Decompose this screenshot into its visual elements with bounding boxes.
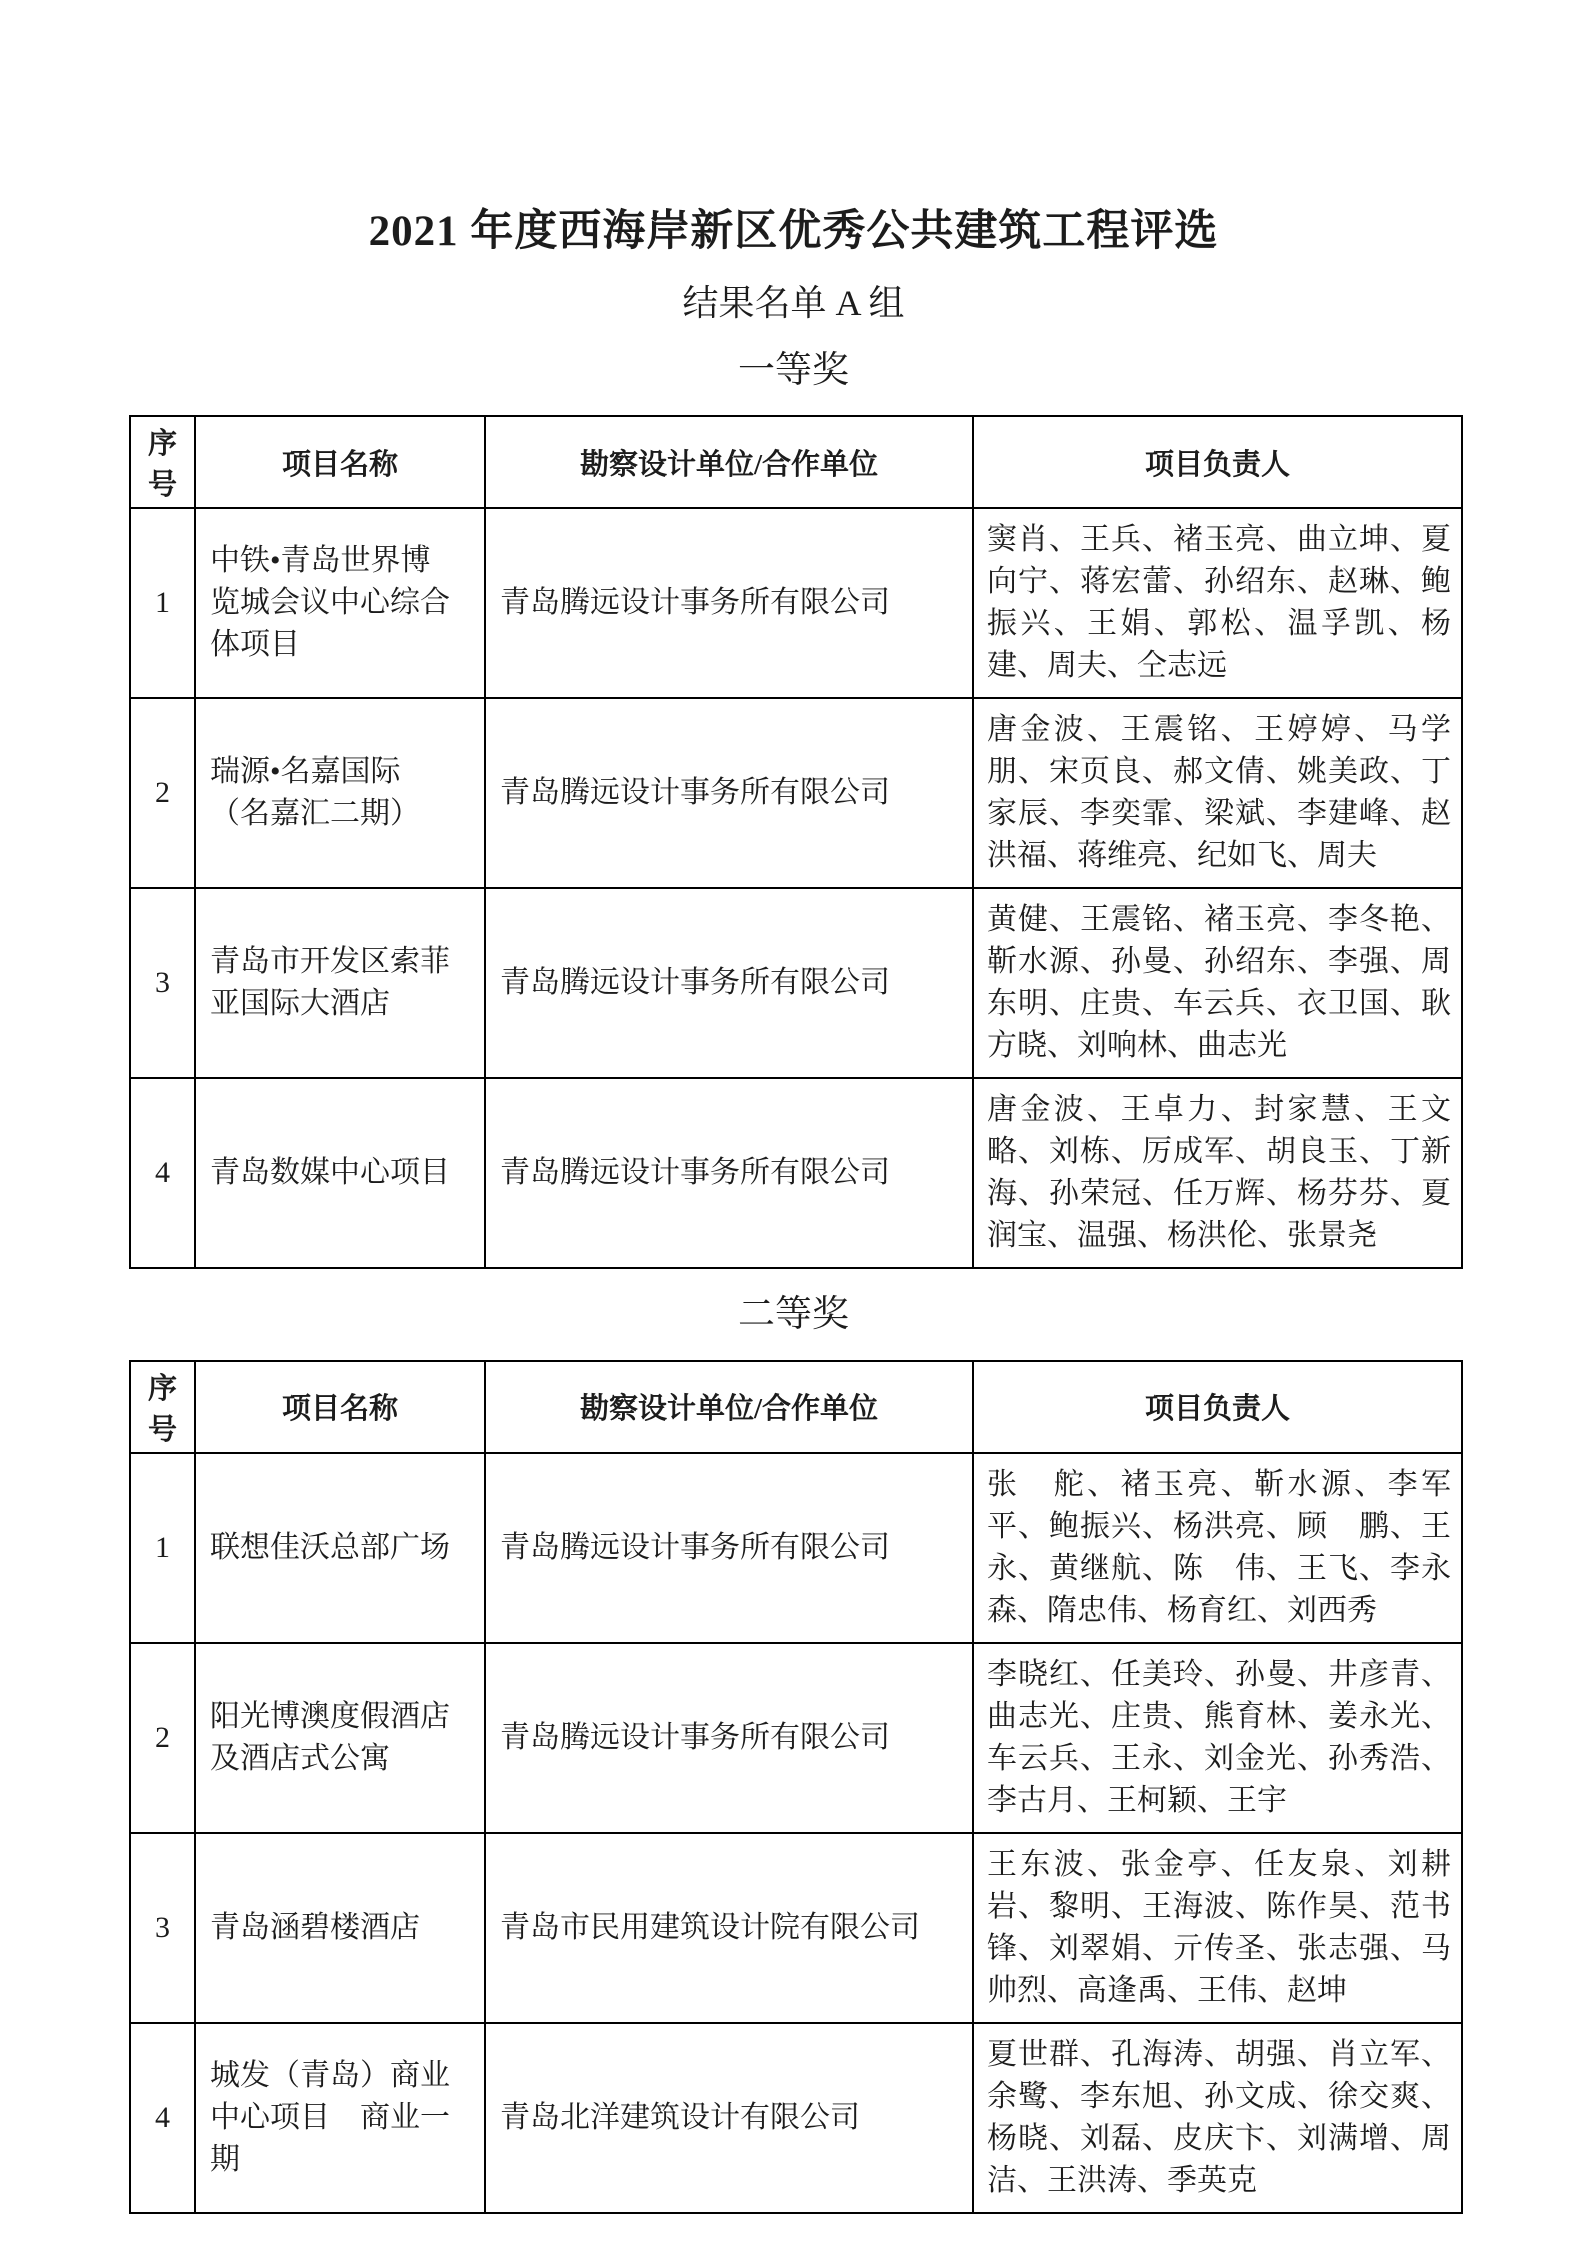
- cell-index: 2: [130, 1643, 195, 1833]
- cell-leaders: 窦肖、王兵、褚玉亮、曲立坤、夏向宁、蒋宏蕾、孙绍东、赵琳、鲍振兴、王娟、郭松、温…: [973, 508, 1462, 698]
- cell-index: 1: [130, 1453, 195, 1643]
- cell-leaders: 张 舵、褚玉亮、靳水源、李军平、鲍振兴、杨洪亮、顾 鹏、王 永、黄继航、陈 伟、…: [973, 1453, 1462, 1643]
- cell-design-unit: 青岛北洋建筑设计有限公司: [485, 2023, 973, 2213]
- cell-leaders: 夏世群、孔海涛、胡强、肖立军、余鹭、李东旭、孙文成、徐交爽、杨晓、刘磊、皮庆卞、…: [973, 2023, 1462, 2213]
- table-row: 1 中铁•青岛世界博览城会议中心综合体项目 青岛腾远设计事务所有限公司 窦肖、王…: [130, 508, 1462, 698]
- table-row: 4 城发（青岛）商业中心项目 商业一期 青岛北洋建筑设计有限公司 夏世群、孔海涛…: [130, 2023, 1462, 2213]
- cell-project: 阳光博澳度假酒店及酒店式公寓: [195, 1643, 485, 1833]
- col-header-leaders: 项目负责人: [973, 416, 1462, 508]
- table-row: 2 阳光博澳度假酒店及酒店式公寓 青岛腾远设计事务所有限公司 李晓红、任美玲、孙…: [130, 1643, 1462, 1833]
- cell-index: 3: [130, 888, 195, 1078]
- table-row: 3 青岛涵碧楼酒店 青岛市民用建筑设计院有限公司 王东波、张金亭、任友泉、刘耕岩…: [130, 1833, 1462, 2023]
- award-table-first-prize: 序号 项目名称 勘察设计单位/合作单位 项目负责人 1 中铁•青岛世界博览城会议…: [129, 415, 1463, 1269]
- cell-project: 中铁•青岛世界博览城会议中心综合体项目: [195, 508, 485, 698]
- cell-project: 联想佳沃总部广场: [195, 1453, 485, 1643]
- cell-index: 4: [130, 2023, 195, 2213]
- cell-leaders: 唐金波、王震铭、王婷婷、马学朋、宋页良、郝文倩、姚美政、丁家辰、李奕霏、梁斌、李…: [973, 698, 1462, 888]
- header-row: 序号 项目名称 勘察设计单位/合作单位 项目负责人: [130, 1361, 1462, 1453]
- col-header-design-unit: 勘察设计单位/合作单位: [485, 416, 973, 508]
- cell-index: 2: [130, 698, 195, 888]
- document-title: 2021 年度西海岸新区优秀公共建筑工程评选: [0, 206, 1587, 258]
- cell-design-unit: 青岛腾远设计事务所有限公司: [485, 1078, 973, 1268]
- document-page: 2021 年度西海岸新区优秀公共建筑工程评选 结果名单 A 组 一等奖 序号 项…: [0, 0, 1587, 2214]
- cell-index: 3: [130, 1833, 195, 2023]
- col-header-index: 序号: [130, 1361, 195, 1453]
- header-row: 序号 项目名称 勘察设计单位/合作单位 项目负责人: [130, 416, 1462, 508]
- col-header-design-unit: 勘察设计单位/合作单位: [485, 1361, 973, 1453]
- table-row: 3 青岛市开发区索菲亚国际大酒店 青岛腾远设计事务所有限公司 黄健、王震铭、褚玉…: [130, 888, 1462, 1078]
- col-header-index: 序号: [130, 416, 195, 508]
- section-title-first-prize: 一等奖: [0, 349, 1587, 393]
- cell-index: 1: [130, 508, 195, 698]
- table-row: 2 瑞源•名嘉国际（名嘉汇二期） 青岛腾远设计事务所有限公司 唐金波、王震铭、王…: [130, 698, 1462, 888]
- col-header-project: 项目名称: [195, 416, 485, 508]
- cell-project: 青岛市开发区索菲亚国际大酒店: [195, 888, 485, 1078]
- cell-design-unit: 青岛腾远设计事务所有限公司: [485, 698, 973, 888]
- cell-project: 青岛涵碧楼酒店: [195, 1833, 485, 2023]
- cell-design-unit: 青岛腾远设计事务所有限公司: [485, 1453, 973, 1643]
- award-table-second-prize: 序号 项目名称 勘察设计单位/合作单位 项目负责人 1 联想佳沃总部广场 青岛腾…: [129, 1360, 1463, 2214]
- table-row: 1 联想佳沃总部广场 青岛腾远设计事务所有限公司 张 舵、褚玉亮、靳水源、李军平…: [130, 1453, 1462, 1643]
- cell-design-unit: 青岛腾远设计事务所有限公司: [485, 508, 973, 698]
- document-subtitle: 结果名单 A 组: [0, 282, 1587, 325]
- cell-leaders: 李晓红、任美玲、孙曼、井彦青、曲志光、庄贵、熊育林、姜永光、车云兵、王永、刘金光…: [973, 1643, 1462, 1833]
- cell-leaders: 唐金波、王卓力、封家慧、王文略、刘栋、厉成军、胡良玉、丁新海、孙荣冠、任万辉、杨…: [973, 1078, 1462, 1268]
- cell-design-unit: 青岛腾远设计事务所有限公司: [485, 1643, 973, 1833]
- cell-leaders: 王东波、张金亭、任友泉、刘耕岩、黎明、王海波、陈作昊、范书锋、刘翠娟、亓传圣、张…: [973, 1833, 1462, 2023]
- section-title-second-prize: 二等奖: [0, 1293, 1587, 1337]
- cell-project: 瑞源•名嘉国际（名嘉汇二期）: [195, 698, 485, 888]
- col-header-leaders: 项目负责人: [973, 1361, 1462, 1453]
- cell-index: 4: [130, 1078, 195, 1268]
- cell-project: 城发（青岛）商业中心项目 商业一期: [195, 2023, 485, 2213]
- cell-design-unit: 青岛腾远设计事务所有限公司: [485, 888, 973, 1078]
- cell-design-unit: 青岛市民用建筑设计院有限公司: [485, 1833, 973, 2023]
- col-header-project: 项目名称: [195, 1361, 485, 1453]
- cell-leaders: 黄健、王震铭、褚玉亮、李冬艳、靳水源、孙曼、孙绍东、李强、周东明、庄贵、车云兵、…: [973, 888, 1462, 1078]
- cell-project: 青岛数媒中心项目: [195, 1078, 485, 1268]
- table-row: 4 青岛数媒中心项目 青岛腾远设计事务所有限公司 唐金波、王卓力、封家慧、王文略…: [130, 1078, 1462, 1268]
